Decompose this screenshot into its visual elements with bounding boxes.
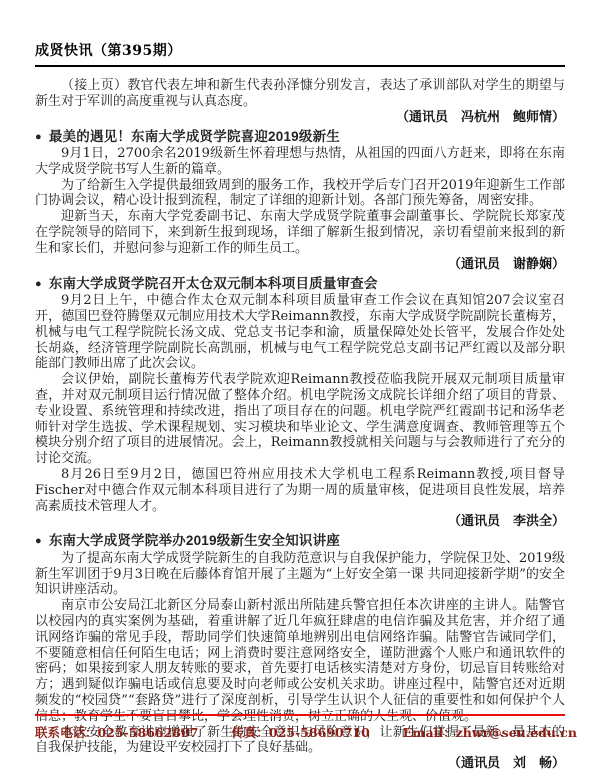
section-heading: ●东南大学成贤学院召开太仓双元制本科项目质量审查会 — [35, 276, 565, 294]
intro-byline: （通讯员 冯杭州 鲍师情） — [35, 110, 565, 126]
footer-fax: 传真：025-58690710 — [231, 723, 369, 741]
section-paragraph: 9月1日，2700余名2019级新生怀着理想与热情，从祖国的四面八方赶来，即将在… — [35, 146, 565, 178]
section-paragraph: 迎新当天，东南大学党委副书记、东南大学成贤学院董事会副董事长、学院院长郑家茂在学… — [35, 209, 565, 256]
newsletter-content: 成贤快讯（第395期） （接上页）教官代表左坤和新生代表孙泽慷分别发言，表达了承… — [35, 40, 565, 772]
section-dual-degree-review: ●东南大学成贤学院召开太仓双元制本科项目质量审查会 9月2日上午，中德合作太仓双… — [35, 276, 565, 531]
section-paragraph: 为了提高东南大学成贤学院新生的自我防范意识与自我保护能力，学院保卫处、2019级… — [35, 551, 565, 598]
footer-phone: 联系电话：025-58662807 — [35, 723, 198, 741]
footer-rule — [35, 714, 565, 716]
section-paragraph: 为了给新生入学提供最细致周到的服务工作，我校开学后专门召开2019年迎新生工作部… — [35, 178, 565, 210]
bullet-icon: ● — [35, 131, 42, 143]
footer-phone-label: 联系电话： — [35, 725, 98, 740]
newsletter-body: （接上页）教官代表左坤和新生代表孙泽慷分别发言，表达了承训部队对学生的期望与新生… — [35, 78, 565, 772]
footer-fax-label: 传真： — [231, 725, 269, 740]
footer-email-label: Email： — [403, 725, 456, 740]
section-welcome-freshmen: ●最美的遇见！东南大学成贤学院喜迎2019级新生 9月1日，2700余名2019… — [35, 129, 565, 273]
masthead-title: 成贤快讯（第395期） — [35, 40, 565, 60]
footer-email: Email：zhwr@seu.edu.cn — [403, 723, 577, 741]
section-paragraph: 南京市公安局江北新区分局泰山新村派出所陆建兵警官担任本次讲座的主讲人。陆警官以校… — [35, 598, 565, 724]
footer-email-value: zhwr@seu.edu.cn — [456, 725, 577, 740]
masthead: 成贤快讯（第395期） — [35, 40, 565, 67]
newsletter-page: 成贤快讯（第395期） （接上页）教官代表左坤和新生代表孙泽慷分别发言，表达了承… — [0, 0, 600, 779]
section-title-text: 东南大学成贤学院召开太仓双元制本科项目质量审查会 — [49, 276, 378, 291]
section-byline: （通讯员 谢静娴） — [35, 257, 565, 273]
footer-phone-value: 025-58662807 — [98, 725, 199, 740]
bullet-icon: ● — [35, 535, 42, 547]
section-paragraph: 9月2日上午，中德合作太仓双元制本科项目质量审查工作会议在真知馆207会议室召开… — [35, 293, 565, 372]
section-title-text: 东南大学成贤学院举办2019级新生安全知识讲座 — [49, 533, 340, 548]
section-paragraph: 8月26日至9月2日，德国巴符州应用技术大学机电工程系Reimann教授,项目督… — [35, 467, 565, 514]
section-paragraph: 会议伊始，副院长董梅芳代表学院欢迎Reimann教授莅临我院开展双元制项目质量审… — [35, 372, 565, 467]
footer-fax-value: 025-58690710 — [269, 725, 370, 740]
masthead-rule — [35, 65, 565, 67]
section-title-text: 最美的遇见！东南大学成贤学院喜迎2019级新生 — [49, 129, 340, 144]
section-heading: ●东南大学成贤学院举办2019级新生安全知识讲座 — [35, 533, 565, 551]
section-byline: （通讯员 李洪全） — [35, 514, 565, 530]
footer: 联系电话：025-58662807 传真：025-58690710 Email：… — [35, 714, 565, 741]
bullet-icon: ● — [35, 278, 42, 290]
footer-contact-row: 联系电话：025-58662807 传真：025-58690710 Email：… — [35, 723, 565, 741]
section-heading: ●最美的遇见！东南大学成贤学院喜迎2019级新生 — [35, 129, 565, 147]
section-byline: （通讯员 刘 畅） — [35, 756, 565, 772]
intro-paragraph: （接上页）教官代表左坤和新生代表孙泽慷分别发言，表达了承训部队对学生的期望与新生… — [35, 78, 565, 110]
